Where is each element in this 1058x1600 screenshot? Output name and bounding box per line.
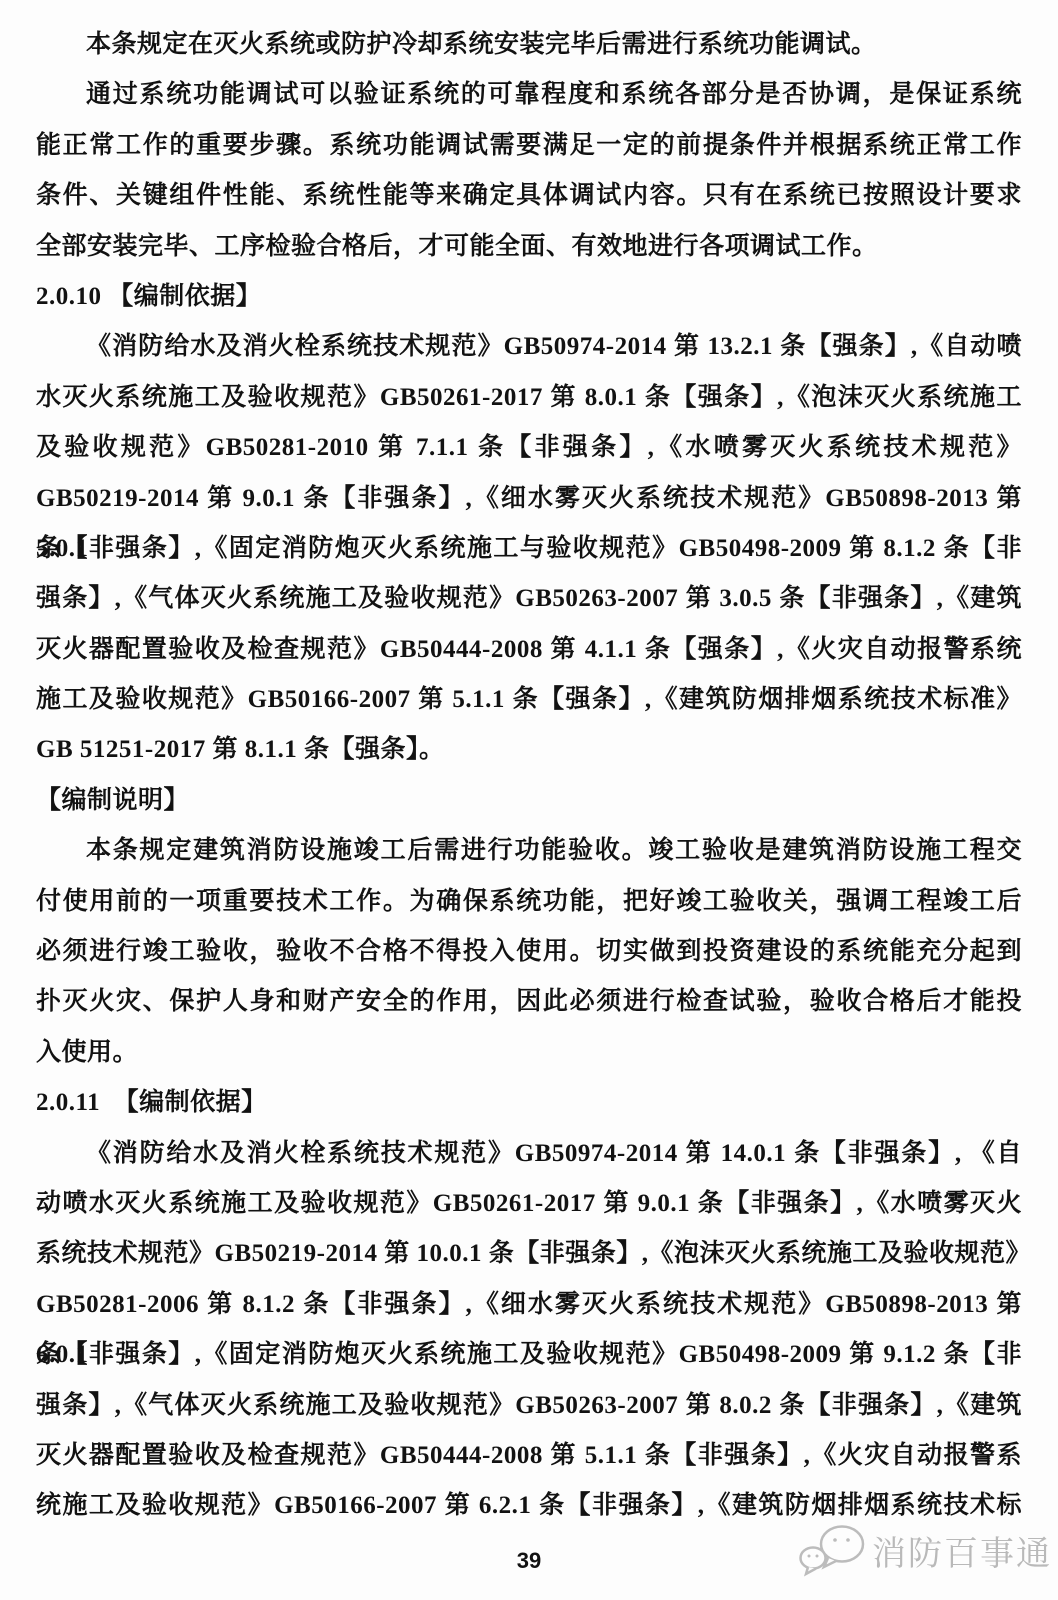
para-line: 入使用。: [36, 1028, 1022, 1078]
section-heading: 2.0.11 【编制依据】: [36, 1078, 1022, 1128]
para-line: 及验收规范》GB50281-2010 第 7.1.1 条【非强条】,《水喷雾灭火…: [36, 423, 1022, 473]
para-line: 统施工及验收规范》GB50166-2007 第 6.2.1 条【非强条】,《建筑…: [36, 1481, 1022, 1531]
para-line: 《消防给水及消火栓系统技术规范》GB50974-2014 第 13.2.1 条【…: [36, 322, 1022, 372]
section-heading: 2.0.10 【编制依据】: [36, 272, 1022, 322]
page-number: 39: [0, 1548, 1058, 1574]
para-line: 灭火器配置验收及检查规范》GB50444-2008 第 5.1.1 条【非强条】…: [36, 1431, 1022, 1481]
para-line: 条件、关键组件性能、系统性能等来确定具体调试内容。只有在系统已按照设计要求: [36, 171, 1022, 221]
para-line: GB50219-2014 第 9.0.1 条【非强条】,《细水雾灭火系统技术规范…: [36, 474, 1022, 524]
para-line: 强条】,《气体灭火系统施工及验收规范》GB50263-2007 第 3.0.5 …: [36, 574, 1022, 624]
para-line: GB 51251-2017 第 8.1.1 条【强条】。: [36, 725, 1022, 775]
para-line: 全部安装完毕、工序检验合格后，才可能全面、有效地进行各项调试工作。: [36, 222, 1022, 272]
para-line: 扑灭火灾、保护人身和财产安全的作用，因此必须进行检查试验，验收合格后才能投: [36, 977, 1022, 1027]
para-line: 能正常工作的重要步骤。系统功能调试需要满足一定的前提条件并根据系统正常工作: [36, 121, 1022, 171]
para-line: 动喷水灭火系统施工及验收规范》GB50261-2017 第 9.0.1 条【非强…: [36, 1179, 1022, 1229]
para-line: 强条】,《气体灭火系统施工及验收规范》GB50263-2007 第 8.0.2 …: [36, 1381, 1022, 1431]
para-line: GB50281-2006 第 8.1.2 条【非强条】,《细水雾灭火系统技术规范…: [36, 1280, 1022, 1330]
section-heading: 【编制说明】: [36, 776, 1022, 826]
para-line: 付使用前的一项重要技术工作。为确保系统功能，把好竣工验收关，强调工程竣工后: [36, 877, 1022, 927]
document-page: 本条规定在灭火系统或防护冷却系统安装完毕后需进行系统功能调试。 通过系统功能调试…: [0, 0, 1058, 1600]
para-line: 《消防给水及消火栓系统技术规范》GB50974-2014 第 14.0.1 条【…: [36, 1129, 1022, 1179]
para-line: 通过系统功能调试可以验证系统的可靠程度和系统各部分是否协调，是保证系统: [36, 70, 1022, 120]
document-body: 本条规定在灭火系统或防护冷却系统安装完毕后需进行系统功能调试。 通过系统功能调试…: [36, 20, 1022, 1532]
para-line: 系统技术规范》GB50219-2014 第 10.0.1 条【非强条】,《泡沫灭…: [36, 1229, 1022, 1279]
para-line: 条【非强条】,《固定消防炮灭火系统施工及验收规范》GB50498-2009 第 …: [36, 1330, 1022, 1380]
para-line: 本条规定在灭火系统或防护冷却系统安装完毕后需进行系统功能调试。: [36, 20, 1022, 70]
para-line: 施工及验收规范》GB50166-2007 第 5.1.1 条【强条】,《建筑防烟…: [36, 675, 1022, 725]
para-line: 条【非强条】,《固定消防炮灭火系统施工与验收规范》GB50498-2009 第 …: [36, 524, 1022, 574]
para-line: 水灭火系统施工及验收规范》GB50261-2017 第 8.0.1 条【强条】,…: [36, 373, 1022, 423]
para-line: 本条规定建筑消防设施竣工后需进行功能验收。竣工验收是建筑消防设施工程交: [36, 826, 1022, 876]
para-line: 必须进行竣工验收，验收不合格不得投入使用。切实做到投资建设的系统能充分起到: [36, 927, 1022, 977]
para-line: 灭火器配置验收及检查规范》GB50444-2008 第 4.1.1 条【强条】,…: [36, 625, 1022, 675]
